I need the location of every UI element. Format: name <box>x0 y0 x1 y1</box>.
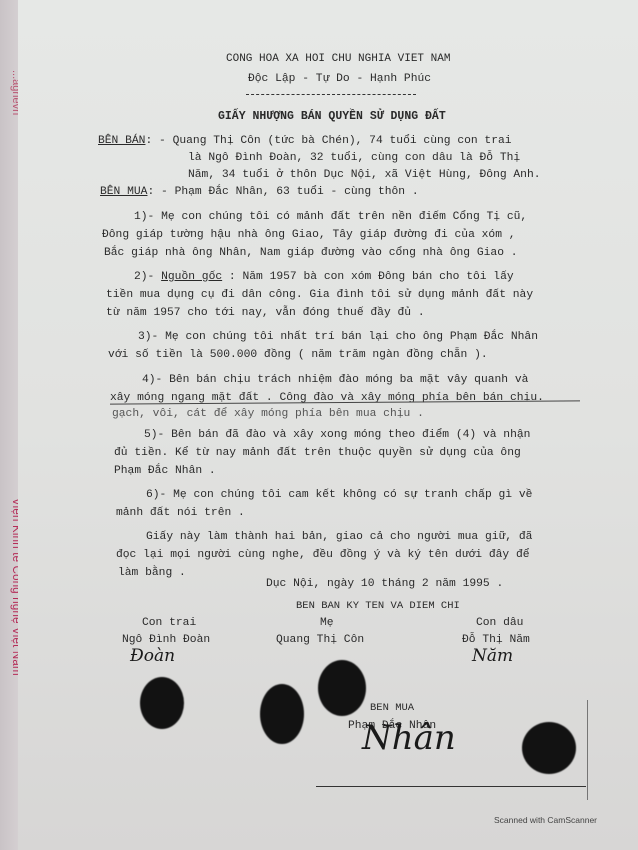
clause-1-line-1: 1)- Mẹ con chúng tôi có mảnh đất trên nề… <box>134 209 527 225</box>
scanner-watermark: Scanned with CamScanner <box>494 812 597 828</box>
document: CONG HOA XA HOI CHU NGHIA VIET NAM Độc L… <box>0 0 638 850</box>
mother-name: Quang Thị Côn <box>276 632 364 648</box>
country-heading: CONG HOA XA HOI CHU NGHIA VIET NAM <box>226 51 450 67</box>
clause-3-line-2: với số tiền là 500.000 đồng ( năm trăm n… <box>108 347 488 363</box>
clause-4-line-3-struck: gạch, vôi, cát để xây móng phía bên mua … <box>112 406 424 422</box>
clause-5-line-1: 5)- Bên bán đã đào và xây xong móng theo… <box>144 427 530 443</box>
bottom-frame-line <box>316 786 586 787</box>
buyer-signature: Nhân <box>362 730 456 746</box>
clause-6-line-2: mảnh đất nói trên . <box>116 505 245 521</box>
clause-2-line-3: từ năm 1957 cho tới nay, vẫn đóng thuế đ… <box>106 305 425 321</box>
document-title: GIẤY NHƯỢNG BÁN QUYỀN SỬ DỤNG ĐẤT <box>218 109 446 125</box>
clause-1-line-2: Đông giáp tường hậu nhà ông Giao, Tây gi… <box>102 227 516 243</box>
fingerprint-son <box>140 677 184 729</box>
daughter-in-law-role: Con dâu <box>476 615 523 631</box>
clause-2-line-2: tiền mua dụng cụ đi dân công. Gia đình t… <box>106 287 533 303</box>
closing-line-1: Giấy này làm thành hai bản, giao cả cho … <box>146 529 532 545</box>
right-frame-line <box>587 700 588 800</box>
son-signature: Đoàn <box>130 648 175 664</box>
seller-line-2: là Ngô Đình Đoàn, 32 tuổi, cùng con dâu … <box>188 150 520 166</box>
clause-6-line-1: 6)- Mẹ con chúng tôi cam kết không có sự… <box>146 487 532 503</box>
seller-line-3: Năm, 34 tuổi ở thôn Dục Nội, xã Việt Hùn… <box>188 167 541 183</box>
seller-signature-heading: BEN BAN KY TEN VA DIEM CHI <box>296 598 460 614</box>
clause-1-line-3: Bắc giáp nhà ông Nhân, Nam giáp đường và… <box>104 245 518 261</box>
fingerprint-daughter-in-law <box>522 722 576 774</box>
clause-3-line-1: 3)- Mẹ con chúng tôi nhất trí bán lại ch… <box>138 329 538 345</box>
separator-rule <box>246 94 416 95</box>
fingerprint-mother <box>260 684 304 744</box>
buyer-label: BÊN MUA <box>100 186 147 198</box>
closing-line-2: đọc lại mọi người cùng nghe, đều đồng ý … <box>116 547 530 563</box>
motto: Độc Lập - Tự Do - Hạnh Phúc <box>248 71 431 87</box>
seller-label: BÊN BÁN <box>98 135 145 147</box>
clause-5-line-2: đủ tiền. Kể từ nay mảnh đất trên thuộc q… <box>114 445 521 461</box>
clause-2-line-1: 2)- Nguồn gốc : Năm 1957 bà con xóm Đông… <box>134 269 514 285</box>
buyer-line: BÊN MUA: - Phạm Đắc Nhân, 63 tuổi - cùng… <box>100 184 419 200</box>
closing-line-3: làm bằng . <box>118 565 186 581</box>
date-line: Dục Nội, ngày 10 tháng 2 năm 1995 . <box>266 576 503 592</box>
buyer-signature-heading: BEN MUA <box>370 700 414 716</box>
daughter-in-law-signature: Năm <box>472 648 513 664</box>
seller-line-1: BÊN BÁN: - Quang Thị Côn (tức bà Chén), … <box>98 133 512 149</box>
fingerprint-mother-2 <box>318 660 366 716</box>
origin-label: Nguồn gốc <box>161 271 222 283</box>
son-role: Con trai <box>142 615 196 631</box>
mother-role: Mẹ <box>320 615 334 631</box>
clause-4-line-1: 4)- Bên bán chịu trách nhiệm đào móng ba… <box>142 372 528 388</box>
clause-5-line-3: Phạm Đắc Nhân . <box>114 463 216 479</box>
